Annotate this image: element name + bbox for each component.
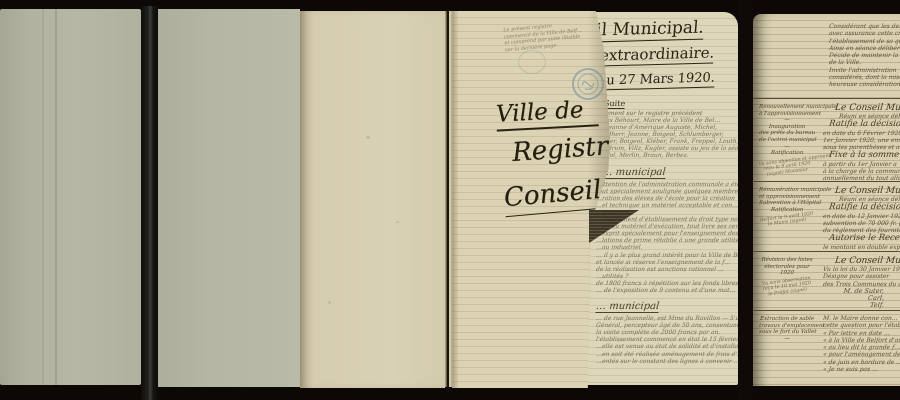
- handwritten-line: …entés sur le constant des lignes à conv…: [596, 358, 735, 365]
- block-action: Fixe à la somme …: [829, 151, 900, 161]
- endpaper-left-page: [0, 9, 141, 385]
- title-registre-des: Registre des: [511, 128, 610, 168]
- margin-headings: Extraction de sabletravaux d'emplacement…: [759, 316, 815, 342]
- scanned-register-spread: il Municipal. extraordinaire. du 27 Mars…: [0, 0, 900, 400]
- handwritten-line: Révision des listes: [759, 257, 816, 264]
- block-lines: le montant en double expédit…: [823, 244, 900, 251]
- session-date: du 27 Mars 1920.: [597, 70, 715, 90]
- handwritten-line: Subvention à l'Hôpital: [759, 200, 816, 207]
- title-registre: Registre: [511, 130, 610, 168]
- handwritten-line: de la réalisation est sanctions rationne…: [596, 266, 735, 273]
- session-title-line2: extraordinaire.: [596, 44, 734, 68]
- margin-headings: Révision des listesélectorales pour1920: [759, 257, 815, 277]
- handwritten-line: de l'octroi municipal: [759, 137, 816, 144]
- margin-column: Extraction de sabletravaux d'emplacement…: [759, 314, 815, 386]
- block-opener: Le Conseil Mun…: [834, 186, 900, 196]
- margin-headings: Rémunération municipaleet approvisionnem…: [759, 187, 815, 213]
- margin-annotation: Belfort le 9 avril 1920le Maire (signé): [759, 212, 816, 230]
- block-opener: Le Conseil Mun…: [834, 256, 900, 266]
- handwritten-line: « de juin en bordure de …: [823, 359, 900, 366]
- session-title: il Municipal.: [595, 18, 705, 43]
- blank-flyleaf-page: [300, 11, 445, 388]
- margin-annotation: Vu sans objection et approuvéreçu le 9 a…: [758, 155, 816, 178]
- suite-line: Suite: [596, 91, 734, 110]
- deliberation-footer: … de rue Jeannelle, est Mme du Ravillon …: [596, 315, 734, 365]
- handwritten-line: heureuse considération pour: [829, 81, 900, 88]
- session-subtitle: extraordinaire.: [599, 43, 715, 66]
- handwritten-line: en date du 6 Février 1920, ma…: [823, 130, 900, 137]
- attendance-list: …lius Béhourt, Maire de la Ville de Bel……: [596, 117, 734, 160]
- handwritten-line: Désigne pour assister: [823, 273, 900, 280]
- handwritten-line: —: [759, 336, 816, 343]
- handwritten-line: subvention de 70 000 fr. pour: [823, 220, 900, 227]
- handwritten-line: annuellement du tout allocat…: [823, 175, 900, 182]
- main-column: Le Conseil Mun… Vu la loi du 30 Janvier …: [815, 255, 900, 310]
- handwritten-line: …en soit été réalisée aménagement de fra…: [596, 351, 735, 358]
- handwritten-line: et lancée si réserve l'enseignement de l…: [596, 259, 735, 266]
- block-lines: Vu la loi du 30 Janvier 19…Désigne pour …: [823, 266, 900, 288]
- handwritten-line: … de l'exposition de 9 contenu et d'une …: [596, 287, 735, 294]
- foxing-spot: [328, 301, 331, 304]
- certification-note: Le présent registrecommencé de la Ville …: [503, 21, 583, 54]
- session-title-line1: il Municipal.: [596, 17, 734, 44]
- deliberation-block: Rémunération municipaleet approvisionnem…: [753, 182, 900, 252]
- main-column: Le Conseil Mun… Réuni en séance délibère…: [815, 185, 900, 251]
- margin-annotation: Vu sans observationreçu le 10 mai 1920le…: [758, 275, 816, 298]
- faded-stamp-icon: [518, 50, 546, 74]
- handwritten-line: …ddol, Merlin, Braun, Berbez.: [596, 152, 735, 159]
- handwritten-line: en date du 12 Janvier 192…: [823, 213, 900, 220]
- handwritten-line: des prêts du bureau: [759, 130, 816, 137]
- deliberation-body: l'attention de l'administration communal…: [596, 181, 734, 295]
- margin-headings: Renouvellement municipaleà l'approvision…: [759, 104, 815, 157]
- paper-crease: [42, 9, 44, 385]
- session-date-line: du 27 Mars 1920.: [596, 68, 734, 91]
- handwritten-line: …elle est venue au état de solidité et d…: [596, 343, 735, 350]
- handwritten-line: 1er Janvier 1920, une emplo…: [823, 137, 900, 144]
- paper-crease: [55, 9, 57, 385]
- handwritten-line: l'établissement de sa quatrième: [829, 38, 900, 45]
- spine-edge: [141, 6, 158, 400]
- handwritten-line: Invite l'administration: [829, 67, 900, 74]
- section-heading-row: d… municipal: [596, 160, 734, 181]
- handwritten-line: de 1800 francs à répétition sur les fond…: [596, 280, 735, 287]
- signature-names: M. de Suter,Carl,Telf.: [823, 288, 900, 310]
- handwritten-line: de la Ville.: [829, 59, 900, 66]
- minutes-left-page: il Municipal. extraordinaire. du 27 Mars…: [584, 12, 738, 385]
- handwritten-line: …ration des élèves de l'école pour la cr…: [596, 195, 735, 202]
- foxing-spot: [396, 221, 399, 223]
- section2-heading: … municipal: [595, 301, 659, 313]
- deliberation-block: Révision des listesélectorales pour1920 …: [753, 252, 900, 311]
- handwritten-line: le montant en double expédit…: [823, 244, 900, 251]
- page-fore-edges: [445, 11, 453, 387]
- section-heading-row: … municipal: [596, 294, 734, 315]
- deliberation-block: Renouvellement municipaleà l'approvision…: [753, 99, 900, 182]
- handwritten-line: …utilités ?: [596, 273, 735, 280]
- deliberation-block: Extraction de sabletravaux d'emplacement…: [753, 311, 900, 386]
- minutes-right-page: Considérant que les deux dern…avec assur…: [753, 14, 900, 386]
- handwritten-line: « Par lettre en date …: [823, 330, 900, 337]
- margin-column-empty: [759, 17, 815, 98]
- main-column: M. le Maire donne con…cette question pou…: [815, 314, 900, 386]
- handwritten-line: « Je ne suis pas …: [823, 366, 900, 373]
- municipal-ink-stamp-icon: [567, 63, 610, 106]
- foxing-spot: [366, 136, 370, 139]
- handwritten-line: tout spécialement soulignée quelques mem…: [596, 188, 735, 195]
- margin-column: Renouvellement municipaleà l'approvision…: [759, 102, 815, 181]
- handwritten-line: Telf.: [823, 302, 885, 309]
- margin-column: Révision des listesélectorales pour1920 …: [759, 255, 815, 310]
- register-continuation-note: …cement sur le registre précédent: [596, 110, 735, 117]
- block-lines: en date du 12 Janvier 192…subvention de …: [823, 213, 900, 235]
- handwritten-line: l'attention de l'administration communal…: [596, 181, 735, 188]
- handwritten-line: « pour l'aménagement des …: [823, 351, 900, 358]
- title-conseil: Conseil: [503, 175, 603, 217]
- deliberation-block: Considérant que les deux dern…avec assur…: [753, 14, 900, 99]
- block-action: Autorise le Rece…: [829, 234, 900, 244]
- endpaper-right-page: [158, 9, 300, 387]
- handwritten-line: avec assurance cette création a: [829, 30, 900, 37]
- handwritten-line: Renouvellement municipale: [759, 104, 816, 111]
- block-lines: en date du 6 Février 1920, ma…1er Janvie…: [823, 130, 900, 152]
- main-column: Considérant que les deux dern…avec assur…: [815, 17, 900, 98]
- handwritten-line: Rémunération municipale: [759, 187, 816, 194]
- handwritten-line: …el technique un matériel acceptable et …: [596, 202, 735, 209]
- handwritten-line: … il y a le plus grand intérêt pour la V…: [596, 252, 735, 259]
- main-column: Le Conseil Mun… Réuni en séance délibère…: [815, 102, 900, 181]
- book-gutter: [738, 0, 753, 400]
- block-action: Ratifie la décision …: [829, 120, 900, 130]
- block-opener: Le Conseil Mun…: [834, 103, 900, 113]
- handwritten-line: cette question pour l'établisse…: [823, 322, 900, 329]
- block-action: Ratifie la décision …: [829, 203, 900, 213]
- handwritten-line: —: [759, 117, 816, 124]
- handwritten-line: Extraction de sable: [759, 316, 816, 323]
- block-lines: à partir du 1er Janvier aà la charge de …: [823, 161, 900, 183]
- handwritten-line: sous le fort du Vallet: [759, 329, 816, 336]
- handwritten-line: …au industriel.: [596, 244, 735, 251]
- margin-column: Rémunération municipaleet approvisionnem…: [759, 185, 815, 251]
